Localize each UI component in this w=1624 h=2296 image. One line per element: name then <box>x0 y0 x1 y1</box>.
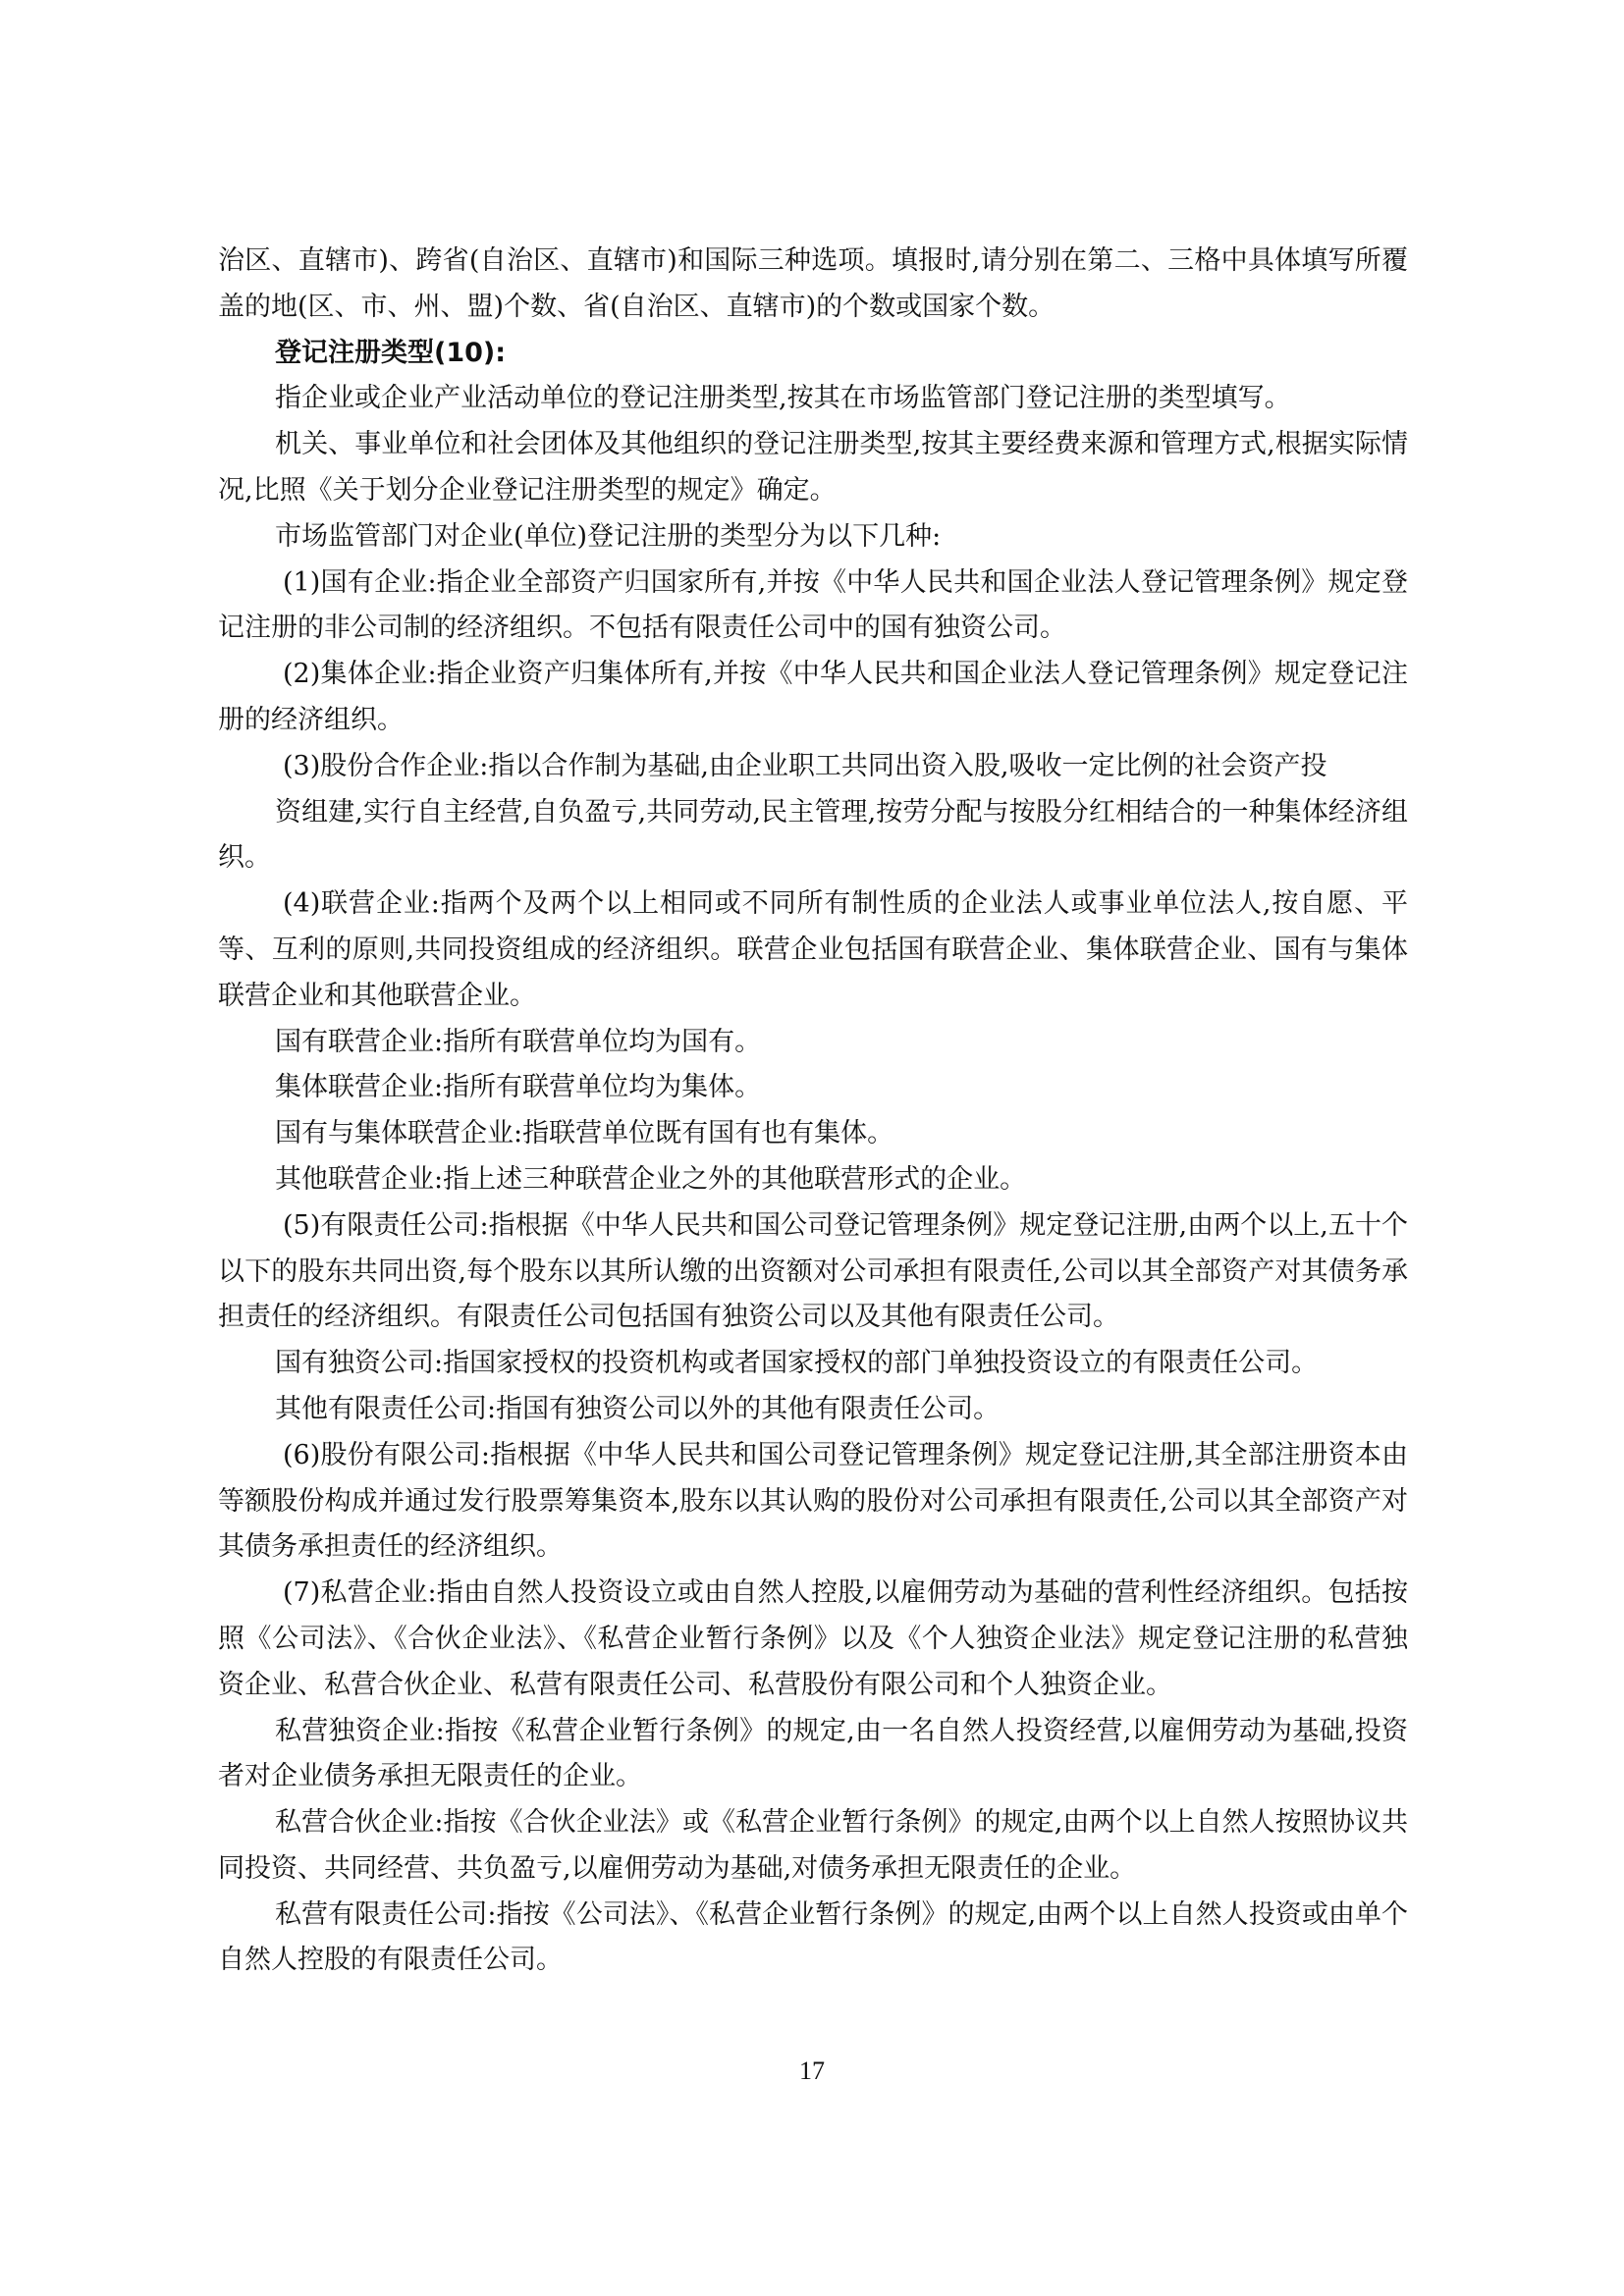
paragraph-collective-joint: 集体联营企业:指所有联营单位均为集体。 <box>218 1065 1408 1111</box>
paragraph-other-limited: 其他有限责任公司:指国有独资公司以外的其他有限责任公司。 <box>218 1387 1408 1433</box>
paragraph-types-intro: 市场监管部门对企业(单位)登记注册的类型分为以下几种: <box>218 514 1408 561</box>
paragraph-state-joint: 国有联营企业:指所有联营单位均为国有。 <box>218 1020 1408 1066</box>
paragraph-coverage-continuation: 治区、直辖市)、跨省(自治区、直辖市)和国际三种选项。填报时,请分别在第二、三格… <box>218 239 1408 331</box>
paragraph-state-collective-joint: 国有与集体联营企业:指联营单位既有国有也有集体。 <box>218 1111 1408 1157</box>
paragraph-joint-stock-cooperative-cont: 资组建,实行自主经营,自负盈亏,共同劳动,民主管理,按劳分配与按股分红相结合的一… <box>218 790 1408 882</box>
paragraph-joint-stock-cooperative: (3)股份合作企业:指以合作制为基础,由企业职工共同出资入股,吸收一定比例的社会… <box>218 744 1408 790</box>
paragraph-limited-liability: (5)有限责任公司:指根据《中华人民共和国公司登记管理条例》规定登记注册,由两个… <box>218 1203 1408 1341</box>
page-number: 17 <box>0 2056 1624 2086</box>
paragraph-private: (7)私营企业:指由自然人投资设立或由自然人控股,以雇佣劳动为基础的营利性经济组… <box>218 1571 1408 1708</box>
section-heading-registration-type: 登记注册类型(10): <box>218 331 1408 377</box>
paragraph-other-joint: 其他联营企业:指上述三种联营企业之外的其他联营形式的企业。 <box>218 1157 1408 1203</box>
paragraph-state-owned: (1)国有企业:指企业全部资产归国家所有,并按《中华人民共和国企业法人登记管理条… <box>218 561 1408 653</box>
document-body: 治区、直辖市)、跨省(自治区、直辖市)和国际三种选项。填报时,请分别在第二、三格… <box>218 239 1408 1984</box>
paragraph-definition: 指企业或企业产业活动单位的登记注册类型,按其在市场监管部门登记注册的类型填写。 <box>218 376 1408 422</box>
paragraph-wholly-state-owned: 国有独资公司:指国家授权的投资机构或者国家授权的部门单独投资设立的有限责任公司。 <box>218 1341 1408 1387</box>
paragraph-joint-stock-limited: (6)股份有限公司:指根据《中华人民共和国公司登记管理条例》规定登记注册,其全部… <box>218 1433 1408 1571</box>
paragraph-private-limited: 私营有限责任公司:指按《公司法》、《私营企业暂行条例》的规定,由两个以上自然人投… <box>218 1893 1408 1985</box>
paragraph-institutions: 机关、事业单位和社会团体及其他组织的登记注册类型,按其主要经费来源和管理方式,根… <box>218 422 1408 514</box>
paragraph-private-partnership: 私营合伙企业:指按《合伙企业法》或《私营企业暂行条例》的规定,由两个以上自然人按… <box>218 1800 1408 1893</box>
paragraph-private-sole: 私营独资企业:指按《私营企业暂行条例》的规定,由一名自然人投资经营,以雇佣劳动为… <box>218 1709 1408 1801</box>
paragraph-collective: (2)集体企业:指企业资产归集体所有,并按《中华人民共和国企业法人登记管理条例》… <box>218 652 1408 744</box>
paragraph-joint-venture: (4)联营企业:指两个及两个以上相同或不同所有制性质的企业法人或事业单位法人,按… <box>218 881 1408 1019</box>
